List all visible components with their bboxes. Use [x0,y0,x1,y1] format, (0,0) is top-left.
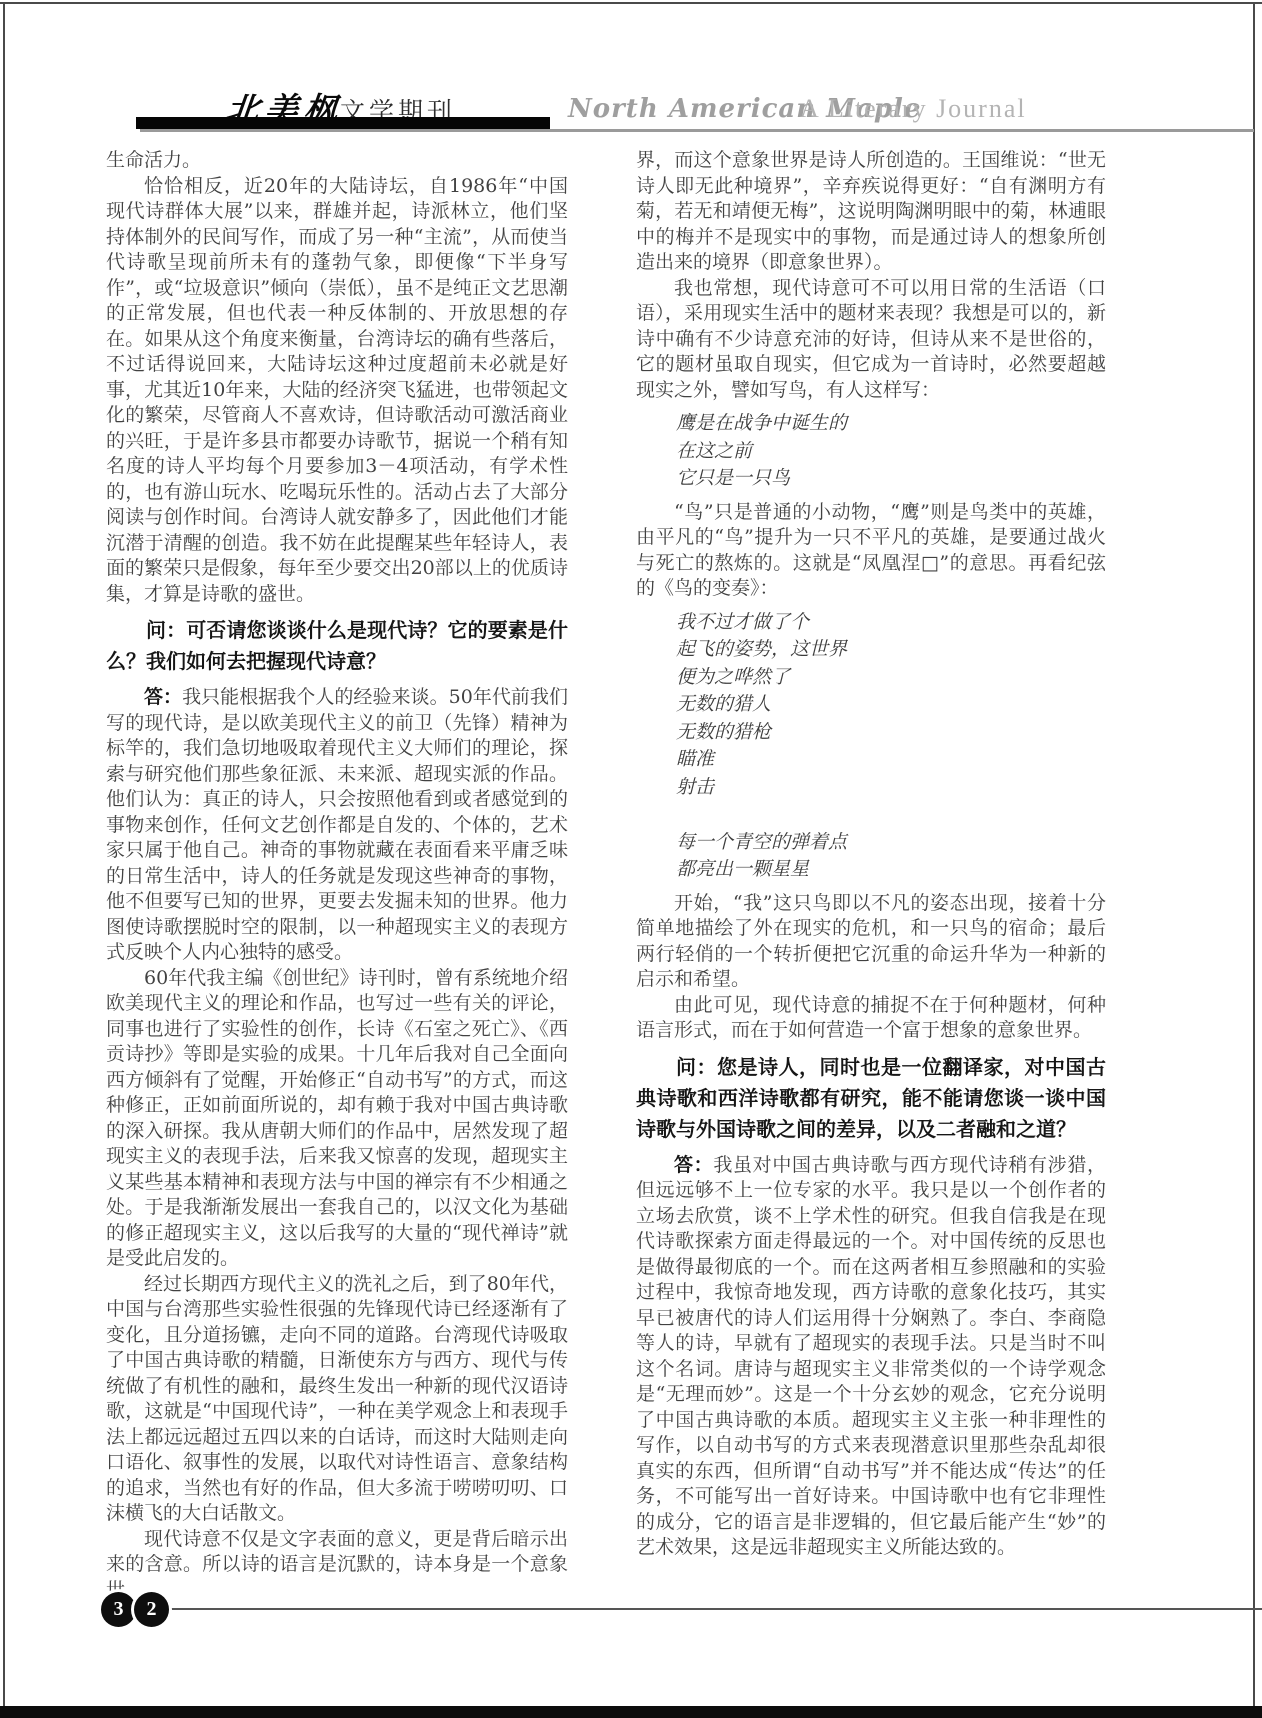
footer-rule [168,1608,1262,1610]
poem-line: 都亮出一颗星星 [676,856,1106,884]
body-paragraph: 界，而这个意象世界是诗人所创造的。王国维说：“世无诗人即无此种境界”，辛弃疾说得… [636,148,1106,276]
poem-line [676,801,1106,829]
poem: 鹰是在战争中诞生的在这之前它只是一只鸟 [676,410,1106,493]
poem-line: 每一个青空的弹着点 [676,829,1106,857]
page-border-right [1253,2,1255,1714]
body-paragraph: 现代诗意不仅是文字表面的意义，更是背后暗示出来的含意。所以诗的语言是沉默的，诗本… [106,1527,568,1604]
speaker-label: 问： [676,1057,717,1079]
speaker-label: 答： [674,1155,713,1176]
journal-page: 北美枫 文学期刊 North American Maple A Literary… [0,0,1262,1718]
speaker-label: 问： [146,620,186,642]
speaker-label: 答： [144,687,182,708]
poem-line: 无数的猎枪 [676,719,1106,747]
journal-subtitle-english: A Literary Journal [800,94,1027,124]
page-number-badge: 3 [101,1592,136,1627]
answer-paragraph: 答：我只能根据我个人的经验来谈。50年代前我们写的现代诗，是以欧美现代主义的前卫… [106,685,568,966]
poem-line: 瞄准 [676,746,1106,774]
poem-line: 在这之前 [676,438,1106,466]
left-column: 生命活力。恰恰相反，近20年的大陆诗坛，自1986年“中国现代诗群体大展”以来，… [106,148,568,1603]
body-paragraph: 由此可见，现代诗意的捕捉不在于何种题材，何种语言形式，而在于如何营造一个富于想象… [636,993,1106,1044]
poem-line: 它只是一只鸟 [676,465,1106,493]
question-paragraph: 问：您是诗人，同时也是一位翻译家，对中国古典诗歌和西洋诗歌都有研究，能不能请您谈… [636,1053,1106,1146]
poem-line: 无数的猎人 [676,691,1106,719]
right-column: 界，而这个意象世界是诗人所创造的。王国维说：“世无诗人即无此种境界”，辛弃疾说得… [636,148,1106,1561]
page-number-badge: 2 [134,1592,169,1627]
poem-line: 鹰是在战争中诞生的 [676,410,1106,438]
poem-line: 起飞的姿势，这世界 [676,636,1106,664]
question-paragraph: 问：可否请您谈谈什么是现代诗？它的要素是什么？我们如何去把握现代诗意？ [106,616,568,678]
body-paragraph: 生命活力。 [106,148,568,174]
body-paragraph: 经过长期西方现代主义的洗礼之后，到了80年代，中国与台湾那些实验性很强的先锋现代… [106,1272,568,1527]
poem-line: 我不过才做了个 [676,609,1106,637]
body-paragraph: 开始，“我”这只鸟即以不凡的姿态出现，接着十分简单地描绘了外在现实的危机，和一只… [636,891,1106,993]
answer-paragraph: 答：我虽对中国古典诗歌与西方现代诗稍有涉猎，但远远够不上一位专家的水平。我只是以… [636,1153,1106,1561]
body-paragraph: 我也常想，现代诗意可不可以用日常的生活语（口语），采用现实生活中的题材来表现？我… [636,276,1106,404]
poem: 我不过才做了个起飞的姿势，这世界便为之哗然了无数的猎人无数的猎枪瞄准射击 每一个… [676,609,1106,884]
poem-line: 便为之哗然了 [676,664,1106,692]
poem-line: 射击 [676,774,1106,802]
body-paragraph: 恰恰相反，近20年的大陆诗坛，自1986年“中国现代诗群体大展”以来，群雄并起，… [106,174,568,608]
body-paragraph: “鸟”只是普通的小动物，“鹰”则是鸟类中的英雄，由平凡的“鸟”提升为一只不平凡的… [636,500,1106,602]
page-border-top [0,2,1262,4]
page-border-left [3,2,5,1714]
header-rule-black [136,117,550,129]
page-border-bottom [0,1706,1262,1718]
body-paragraph: 60年代我主编《创世纪》诗刊时，曾有系统地介绍欧美现代主义的理论和作品，也写过一… [106,966,568,1272]
header-rule-gray [140,129,1254,132]
